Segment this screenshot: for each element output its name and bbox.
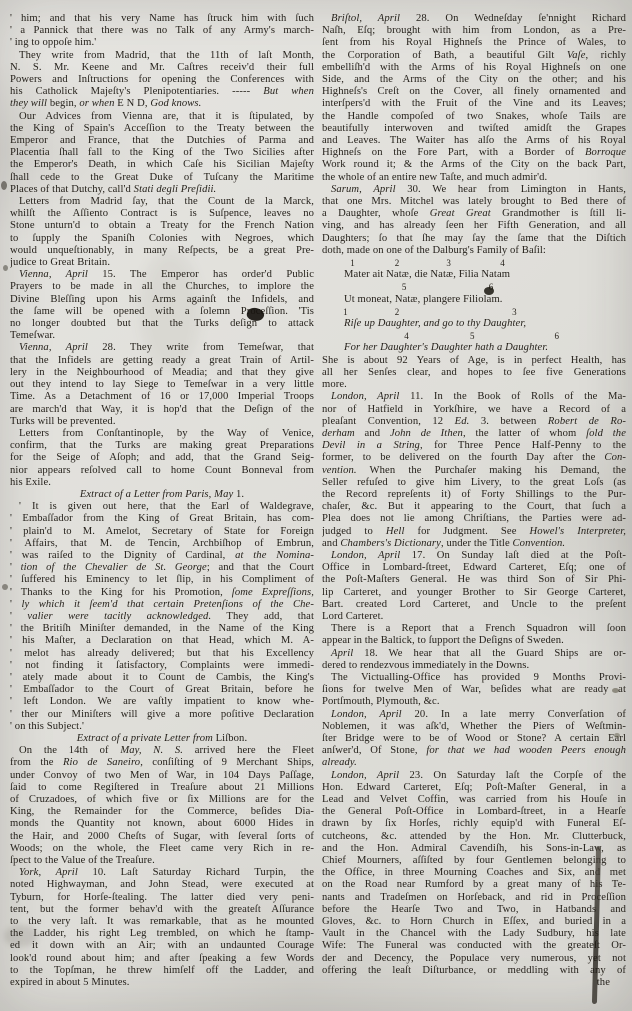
text-line: Portſmouth, Plymouth, &c. — [322, 696, 626, 708]
text-line: Gloves, &c. to Horn Church in Eſſex, and… — [322, 916, 626, 928]
text-line: derham and John de Ithen, the latter of … — [322, 428, 626, 440]
text-line: On the 14th of May, N. S. arrived here t… — [10, 745, 314, 757]
text-line: look'd round about him; and after ſpeaki… — [10, 953, 314, 965]
text-line: ' on this Subject.' — [10, 721, 314, 733]
text-line: nants and Tradeſmen on Horſeback, and ri… — [322, 892, 626, 904]
text-line: judice to Great Britain. — [10, 257, 314, 269]
text-line: expired in about 5 Minutes. — [10, 977, 314, 989]
text-line: Places of that Dutchy, call'd Stati degl… — [10, 184, 314, 196]
text-line: confirm, that the Turks are making great… — [10, 440, 314, 452]
text-line: ' It is given out here, that the Earl of… — [10, 501, 314, 513]
text-line: Lead and Velvet Coffin, was carried from… — [322, 794, 626, 806]
text-line: to the very laſt. It was remarkable, tha… — [10, 916, 314, 928]
text-column-right: Briſtol, April 28. On Wedneſday ſe'nnigh… — [322, 13, 626, 989]
text-line: dered to rendezvous immediately in the D… — [322, 660, 626, 672]
text-line: Briſtol, April 28. On Wedneſday ſe'nnigh… — [322, 13, 626, 25]
text-line: Extract of a Letter from Paris, May 1. — [10, 489, 314, 501]
text-line: noted Highwayman, and John Stead, were e… — [10, 879, 314, 891]
text-line: pleaſant Convention, 12 Ed. 3. between R… — [322, 416, 626, 428]
text-line: Sarum, April 30. We hear from Limington … — [322, 184, 626, 196]
text-line: are march'd that Way, it is hop'd that t… — [10, 404, 314, 416]
text-line: Plea does not lie among Chriſtians, the … — [322, 513, 626, 525]
text-line: They write from Madrid, that the 11th of… — [10, 50, 314, 62]
text-line: ' tion of the Chevalier de St. George; a… — [10, 562, 314, 574]
text-line: Side, and the Arms of the City on the ot… — [322, 74, 626, 86]
newspaper-page: ' him; and that his very Name has ſtruck… — [0, 0, 632, 1011]
text-line: ſions for twelve Men of War, beſides wha… — [322, 684, 626, 696]
text-line: ' valier were tacitly acknowledged. They… — [10, 611, 314, 623]
text-line: lery in the Neighbourhood of Meadia; and… — [10, 367, 314, 379]
text-line: beautifully interwoven and twiſted amidſ… — [322, 123, 626, 135]
text-line: ' Embaſſador to the Court of Great Brita… — [10, 684, 314, 696]
text-line: Extract of a private Letter from Liſbon. — [10, 733, 314, 745]
text-line: Daughters; ſo that ſhe may ſay the ſame … — [322, 233, 626, 245]
text-line: would unqueſtionably, in many Reſpects, … — [10, 245, 314, 257]
text-line: Highneſs on the Fore Part, with a Border… — [322, 147, 626, 159]
text-line: ' the Britiſh Miniſter demanded, in the … — [10, 623, 314, 635]
text-line: more. — [322, 379, 626, 391]
text-line: the ſame will be opened with a ſolemn Pr… — [10, 306, 314, 318]
text-line: Tyburn, for Horſe-ſtealing. The latter d… — [10, 892, 314, 904]
text-line: nor of Hatfield in Yorkſhire, we have a … — [322, 404, 626, 416]
text-line: ' ing to oppoſe him.' — [10, 37, 314, 49]
text-line: ' ately made about it to Count de Cambis… — [10, 672, 314, 684]
text-line: King, the Remainder for the Commerce, be… — [10, 806, 314, 818]
text-line: Temeſwar. — [10, 330, 314, 342]
text-line: on the Road near Rumford by a great many… — [322, 879, 626, 891]
text-line: ' not finding it ſatisfactory, Complaint… — [10, 660, 314, 672]
text-line: doth, made on one of the Dalburg's Famil… — [322, 245, 626, 257]
text-line: ed it down with an Air; with an undaunte… — [10, 940, 314, 952]
text-line: no longer doubted but that the Turks deſ… — [10, 318, 314, 330]
text-line: Seller refuſed to give him Livery, to th… — [322, 477, 626, 489]
text-line: Letters from Madrid ſay, that the Count … — [10, 196, 314, 208]
text-line: London, April 20. In a late merry Conver… — [322, 709, 626, 721]
text-line: his Catholick Majeſty's Plenipotentiarie… — [10, 86, 314, 98]
text-line: London, April 11. In the Book of Rolls o… — [322, 391, 626, 403]
text-line: they will begin, or when E N D, God know… — [10, 98, 314, 110]
text-line: ſaid to come Regiſtered in Treaſure abou… — [10, 782, 314, 794]
text-line: ſter Bridge were to be of Wood or Stone?… — [322, 733, 626, 745]
text-line: monds the Quantity not known, about 6000… — [10, 818, 314, 830]
text-line: Time. As a Detachment of 16 or 17,000 Im… — [10, 391, 314, 403]
text-line: out they intend to lay Siege to Temeſwar… — [10, 379, 314, 391]
text-line: Stone unturn'd to obtain a Treaty for th… — [10, 220, 314, 232]
text-line: Mater ait Natæ, die Natæ, Filia Natam — [322, 269, 626, 281]
text-line: Hon. Edward Carteret, Eſq; Poſt-Maſter G… — [322, 782, 626, 794]
text-line: April 18. We hear that all the Guard Shi… — [322, 648, 626, 660]
text-line: before the Hearſe Two and Two, in Hatban… — [322, 904, 626, 916]
text-line: Chief Mourners, aſſiſted by four Gentlem… — [322, 855, 626, 867]
text-line: to ſupply the Spaniſh Colonies with Negr… — [10, 233, 314, 245]
text-line: Work round it; & the Arms of the City on… — [322, 159, 626, 171]
text-line: Letters from Conſtantinople, by the Way … — [10, 428, 314, 440]
text-line: drawn by ſix Horſes, richly equip'd with… — [322, 818, 626, 830]
text-line: that the Infidels are getting ready a gr… — [10, 355, 314, 367]
text-line: vention. When the Purchaſer making his D… — [322, 465, 626, 477]
text-line: lip Carteret, and younger Brother to Sir… — [322, 587, 626, 599]
text-line: and Chambers's Dictionary, under the Tit… — [322, 538, 626, 550]
text-line: Riſe up Daughter, and go to thy Daughter… — [322, 318, 626, 330]
text-line: Noblemen, it was aſk'd, Whether the Pier… — [322, 721, 626, 733]
text-line: the Record repreſents it) of Forty Shill… — [322, 489, 626, 501]
text-line: der and Decency, the Populace very numer… — [322, 953, 626, 965]
text-line: Lord Carteret. — [322, 611, 626, 623]
text-line: Vienna, April 28. They write from Temeſw… — [10, 342, 314, 354]
text-line: ' melot has already delivered; but that … — [10, 648, 314, 660]
text-line: that one Mrs. Mitchel was lately brought… — [322, 196, 626, 208]
text-line: ſhall cede to the Great Duke of Tuſcany … — [10, 172, 314, 184]
text-line: ' ther our Miniſters will give a more po… — [10, 709, 314, 721]
text-line: Turks will be prevented. — [10, 416, 314, 428]
text-line: the Handle compoſed of two Snakes, whoſe… — [322, 111, 626, 123]
text-line: Emperor and France, that the Dutchies of… — [10, 135, 314, 147]
text-line: Devil in a String, for Three Pence Half-… — [322, 440, 626, 452]
text-line: ſpect to the Value of the Treaſure. — [10, 855, 314, 867]
text-line: Naſh, Eſq; brought with him from London,… — [322, 25, 626, 37]
text-line: ' was raiſed to the Dignity of Cardinal,… — [10, 550, 314, 562]
text-line: Highneſs's Creſt on the Cover, all finel… — [322, 86, 626, 98]
text-line: a Daughter, whoſe Great Great Grandmothe… — [322, 208, 626, 220]
text-line: London, April 17. On Sunday laſt died at… — [322, 550, 626, 562]
text-line: Our Advices from Vienna are, that it is … — [10, 111, 314, 123]
verse-number-row: 1 2 3 — [322, 306, 626, 318]
text-line: whilſt the Aſſiento Contract is is Suſpe… — [10, 208, 314, 220]
text-line: the Ladder, his right Leg trembled, on w… — [10, 928, 314, 940]
text-line: the King of Spain's Acceſſion to the Tre… — [10, 123, 314, 135]
text-line: offering the leaſt Diſturbance, or meddl… — [322, 965, 626, 977]
text-line: Vienna, April 15. The Emperor has order'… — [10, 269, 314, 281]
text-line: the Office, in three Mourning Coaches an… — [322, 867, 626, 879]
text-line: York, April 10. Laſt Saturday Richard Tu… — [10, 867, 314, 879]
text-line: cutcheons, &c. attended by the Hon. Mr. … — [322, 831, 626, 843]
text-line: ' ly which it ſeem'd that certain Preten… — [10, 599, 314, 611]
text-line: all her Senſes clear, and hopes to ſee f… — [322, 367, 626, 379]
text-line: Placentia ſhall fall to the King of the … — [10, 147, 314, 159]
text-line: ' left London. We are vaſtly impatient t… — [10, 696, 314, 708]
text-line: There is a Report that a French Squadron… — [322, 623, 626, 635]
text-line: embelliſh'd with the Arms of his Royal H… — [322, 62, 626, 74]
text-line: ' a Pannick that there was no Talk of an… — [10, 25, 314, 37]
text-line: ' ſuffered his Eminency to let ſlip, in … — [10, 574, 314, 586]
text-line: the Hair, and 2000 Cheſts of Sugar, with… — [10, 831, 314, 843]
text-line: his Exile. — [10, 477, 314, 489]
text-line: chaſer, &c. But it appearing to the Cour… — [322, 501, 626, 513]
text-line: ' him; and that his very Name has ſtruck… — [10, 13, 314, 25]
text-line: to the Topſman, he threw himſelf off the… — [10, 965, 314, 977]
catchword: the — [322, 977, 626, 989]
verse-number-row: 5 6 — [322, 281, 626, 293]
text-line: ' Thanks to the King for his Promotion, … — [10, 587, 314, 599]
text-line: ' plain'd to M. Amelot, Secretary of Sta… — [10, 526, 314, 538]
verse-number-row: 4 5 6 — [322, 330, 626, 342]
text-line: the General Poſt-Office in Lombard-ſtree… — [322, 806, 626, 818]
text-line: from the Rio de Saneiro, conſiſting of 9… — [10, 757, 314, 769]
text-line: Powers and Inſtructions for opening the … — [10, 74, 314, 86]
text-line: London, April 23. On Saturday laſt the C… — [322, 770, 626, 782]
text-line: ' Affairs, that M. de Tencin, Archbiſhop… — [10, 538, 314, 550]
text-line: judged to Hell for Judgment. See Howel's… — [322, 526, 626, 538]
text-line: former, to be delivered on the fourth Da… — [322, 452, 626, 464]
text-line: the Poſt-Maſters General. He was third S… — [322, 574, 626, 586]
text-line: She is about 92 Years of Age, is in perf… — [322, 355, 626, 367]
text-line: already. — [322, 757, 626, 769]
text-line: Divine Bleſſing upon his Arms againſt th… — [10, 294, 314, 306]
text-line: The Victualling-Office has provided 9 Mo… — [322, 672, 626, 684]
text-line: ſent from his Royal Highneſs the Prince … — [322, 37, 626, 49]
text-line: Vault in the Chancel with the Lady Sudbu… — [322, 928, 626, 940]
text-line: under Convoy of two Men of War, in 104 D… — [10, 770, 314, 782]
text-line: Woods; on the whole, the Fleet came very… — [10, 843, 314, 855]
text-line: appear in the Baltick, to ſupport the De… — [322, 635, 626, 647]
text-line: for the Seige of Aſoph; and add, that th… — [10, 452, 314, 464]
text-line: ving, and has already ſeen her Fifth Gen… — [322, 220, 626, 232]
text-line: Office in Lombard-ſtreet, Edward Cartere… — [322, 562, 626, 574]
text-line: N. S. Mr. Keene and Mr. Caſtres receiv'd… — [10, 62, 314, 74]
text-line: the Emperor's Death, in which Caſe his S… — [10, 159, 314, 171]
text-line: tent, but the former behav'd with the gr… — [10, 904, 314, 916]
text-line: Bart. created Lord Carteret, and Uncle t… — [322, 599, 626, 611]
text-line: interſpers'd with the Fruit of the Vine … — [322, 98, 626, 110]
text-column-left: ' him; and that his very Name has ſtruck… — [10, 13, 314, 989]
text-line: ' his Maſter, a Declaration on that Head… — [10, 635, 314, 647]
text-line: ' Embaſſador from the King of Great Brit… — [10, 513, 314, 525]
text-line: and Leaves. The Waiter has alſo the Arms… — [322, 135, 626, 147]
text-columns: ' him; and that his very Name has ſtruck… — [0, 0, 632, 995]
text-line: Wife: The Funeral was conducted with the… — [322, 940, 626, 952]
text-line: and the Hon. Admiral Cavendiſh, his Sons… — [322, 843, 626, 855]
text-line: anſwer'd, Of Stone, for that we had wood… — [322, 745, 626, 757]
text-line: Ut moneat, Natæ, plangere Filiolam. — [322, 294, 626, 306]
text-line: Prayers to be made in all the Churches, … — [10, 281, 314, 293]
verse-number-row: 1 2 3 4 — [322, 257, 626, 269]
text-line: For her Daughter's Daughter hath a Daugh… — [322, 342, 626, 354]
text-line: of Cruzadoes, of which five or ſix Milli… — [10, 794, 314, 806]
text-line: nior appears reſolved call to home Count… — [10, 465, 314, 477]
text-line: the whole of an entire new Taſte, and mu… — [322, 172, 626, 184]
text-line: the Corporation of Bath, a beautiful Gil… — [322, 50, 626, 62]
